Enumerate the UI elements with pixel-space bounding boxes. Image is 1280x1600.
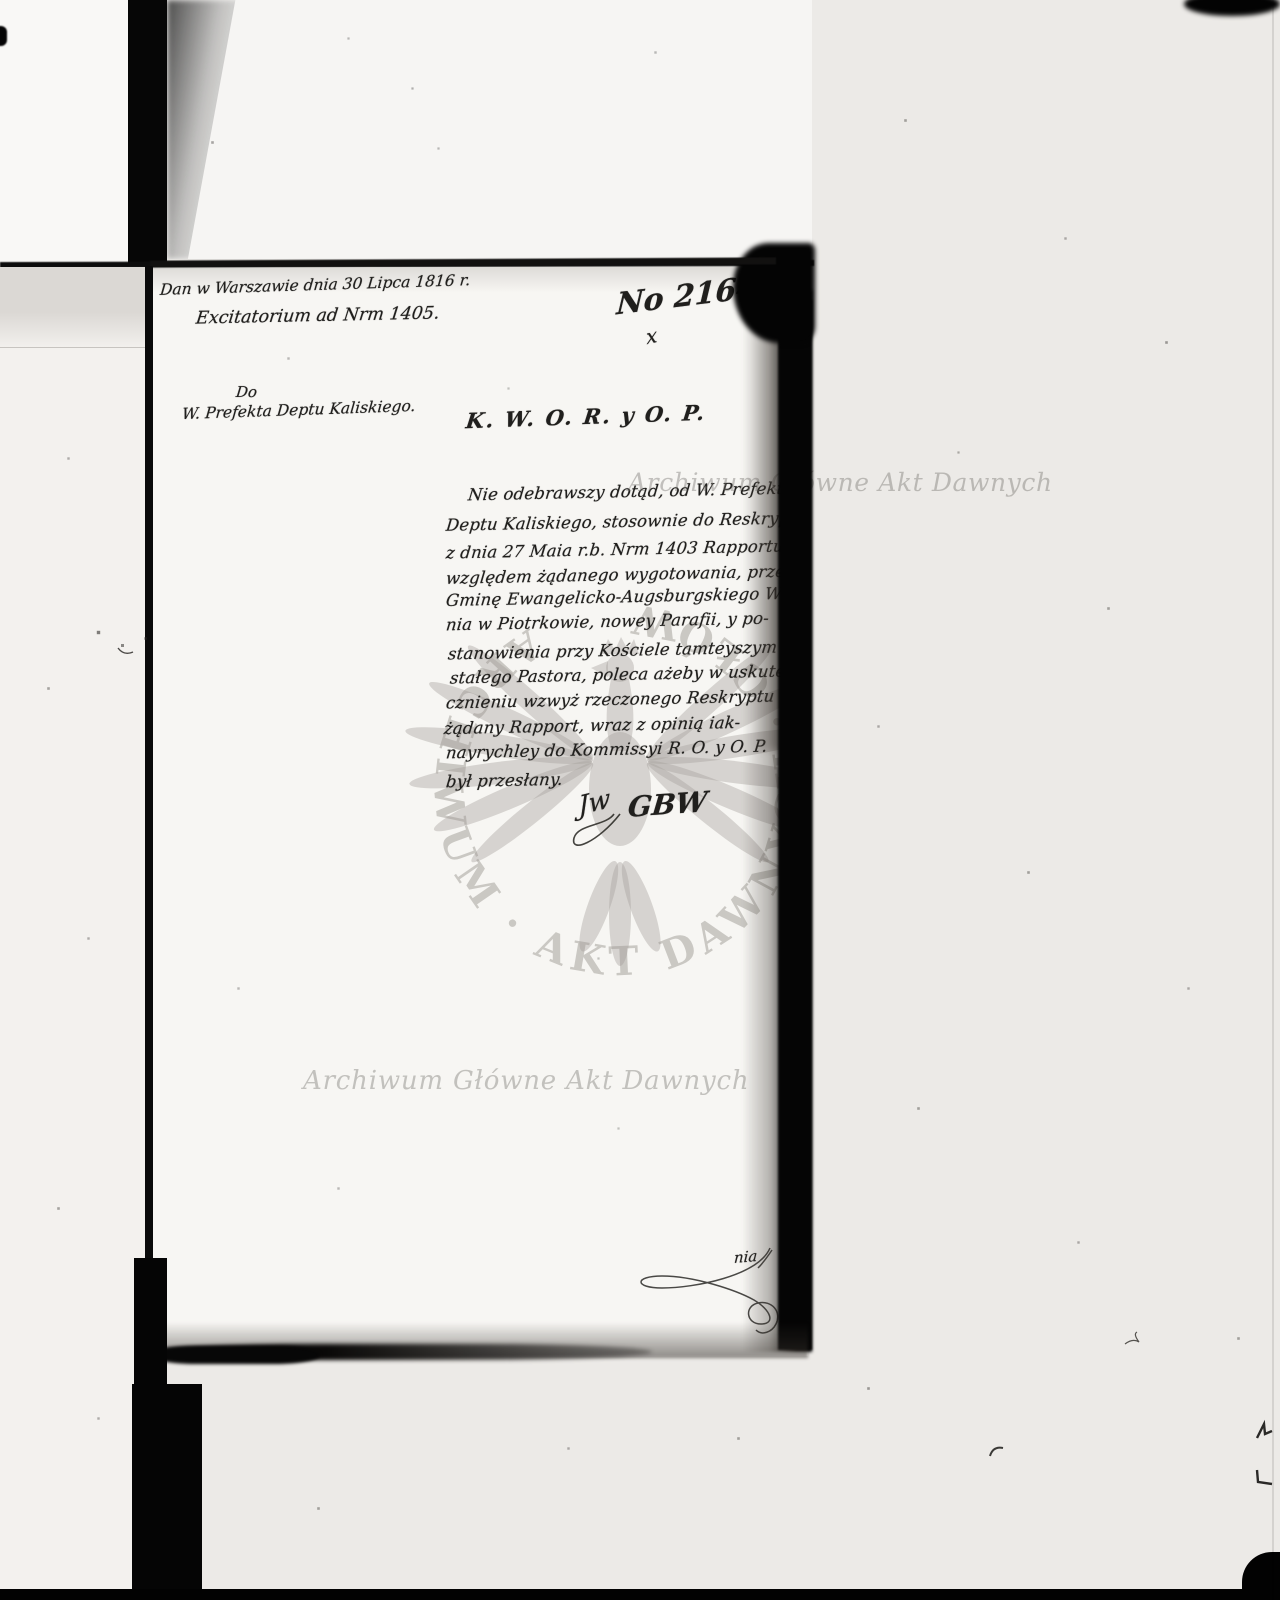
film-dust-specks	[0, 0, 1, 1]
stray-marks	[0, 0, 1280, 1600]
microfilm-scan: ARCHIWUM · AKT DAWNYCH · GŁÓWNE Dan w Wa…	[0, 0, 1280, 1600]
